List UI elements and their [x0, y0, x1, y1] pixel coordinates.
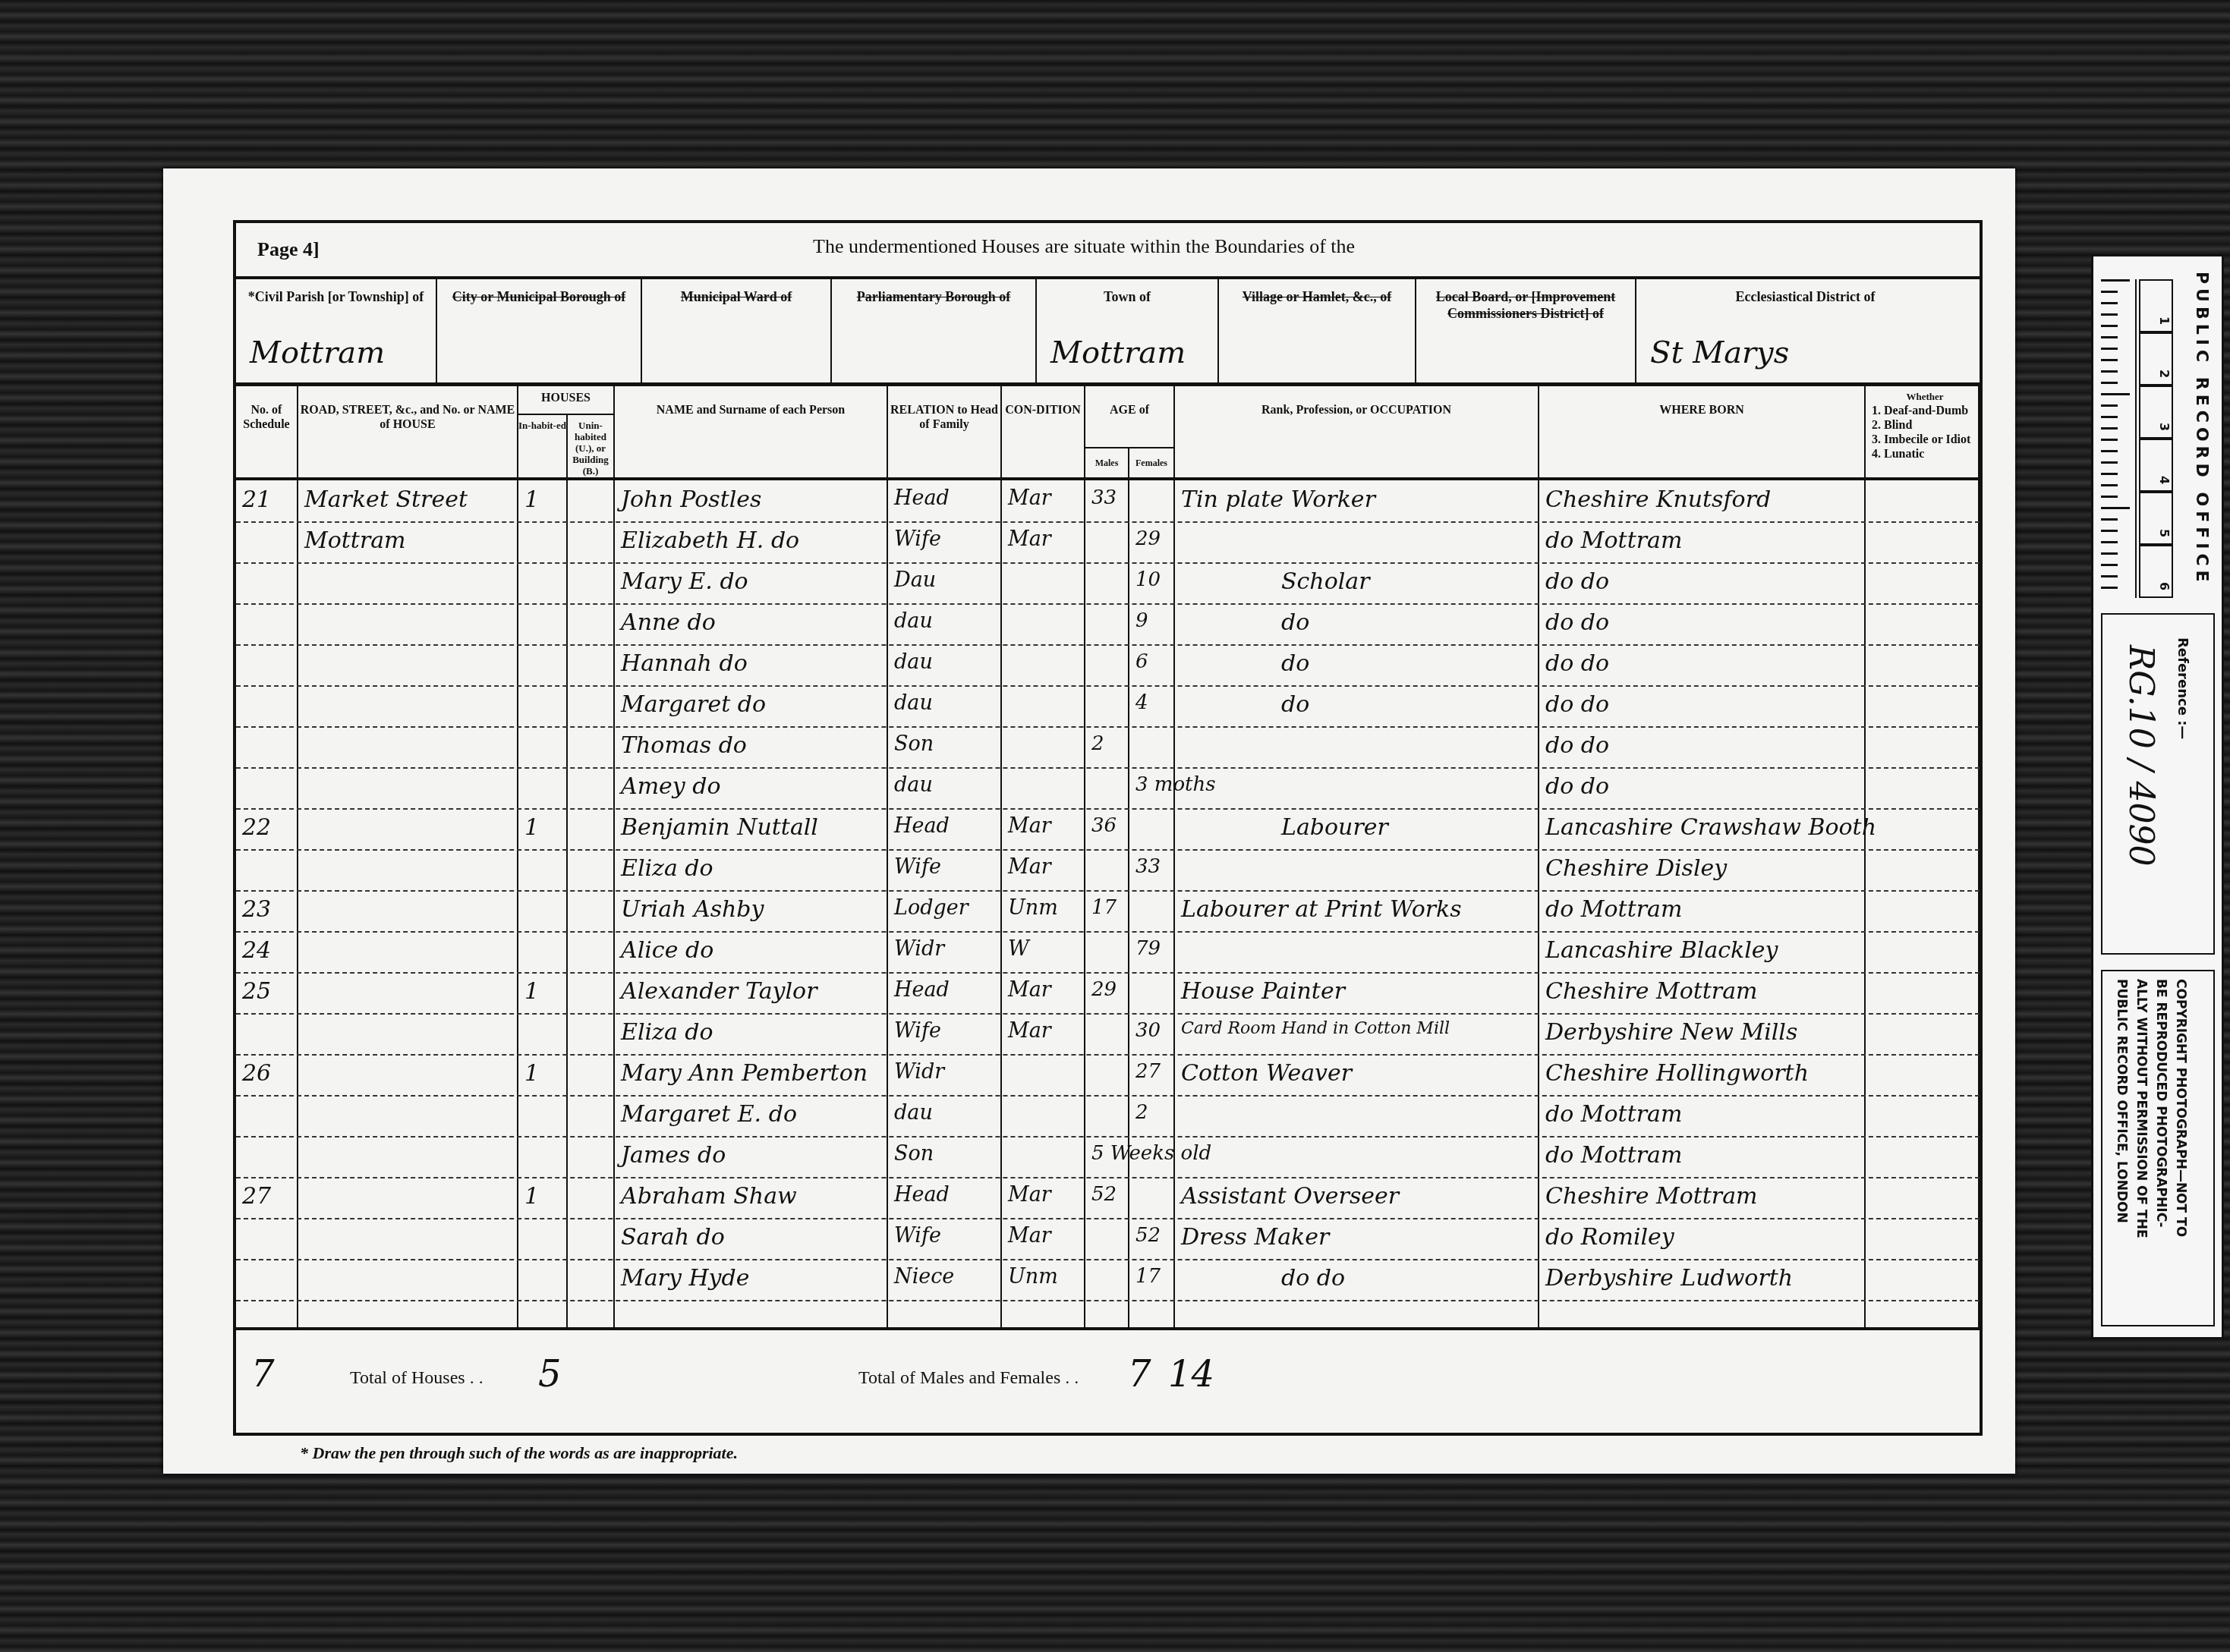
cell-name: Thomas do [621, 732, 747, 759]
boundary-label: Parliamentary Borough of [832, 276, 1035, 305]
footnote: * Draw the pen through such of the words… [300, 1443, 738, 1463]
cell-born: Cheshire Disley [1545, 855, 1727, 882]
ruler-tick [2101, 484, 2118, 486]
table-row: 23Uriah AshbyLodgerUnm17Labourer at Prin… [236, 892, 1980, 933]
cell-female-age: 30 [1135, 1019, 1161, 1042]
boundary-4: Town ofMottram [1037, 276, 1219, 382]
cell-name: Uriah Ashby [621, 896, 764, 923]
cell-born: do do [1545, 568, 1609, 595]
cell-condition: Unm [1008, 896, 1058, 920]
page-number: Page 4] [257, 238, 320, 261]
cell-inhabited: 1 [524, 1183, 539, 1210]
table-row: Mary HydeNieceUnm17do doDerbyshire Ludwo… [236, 1260, 1980, 1301]
ruler-tick [2101, 552, 2118, 555]
cell-relation: dau [894, 609, 933, 633]
ruler-tick [2101, 587, 2118, 589]
cell-name: Benjamin Nuttall [621, 814, 818, 841]
cell-relation: Wife [894, 1019, 941, 1043]
table-row: Amey dodau3 mothsdo do [236, 769, 1980, 810]
boundary-3: Parliamentary Borough of [832, 276, 1037, 382]
cell-inhabited: 1 [524, 1060, 539, 1087]
cell-born: Derbyshire Ludworth [1545, 1265, 1793, 1292]
cell-born: Cheshire Hollingworth [1545, 1060, 1809, 1087]
cell-born: do Mottram [1545, 896, 1682, 923]
houses-total-label: Total of Houses . . [350, 1368, 483, 1389]
row-rule [236, 1300, 1980, 1301]
ruler-tick [2101, 313, 2118, 316]
cell-condition: Mar [1008, 527, 1051, 551]
cell-male-age: 52 [1091, 1183, 1117, 1206]
cell-born: Cheshire Mottram [1545, 1183, 1758, 1210]
boundaries-row: *Civil Parish [or Township] ofMottramCit… [236, 276, 1980, 386]
column-header-occupation: Rank, Profession, or OCCUPATION [1175, 386, 1539, 477]
cell-name: Abraham Shaw [621, 1183, 797, 1210]
cell-born: Cheshire Mottram [1545, 978, 1758, 1005]
ruler-tick [2101, 450, 2118, 452]
cell-occupation: do [1281, 650, 1309, 677]
cell-born: Derbyshire New Mills [1545, 1019, 1797, 1046]
boundary-2: Municipal Ward of [642, 276, 832, 382]
cell-name: Alexander Taylor [621, 978, 817, 1005]
table-row: Margaret E. dodau2do Mottram [236, 1097, 1980, 1138]
boundary-value: Mottram [250, 335, 385, 370]
cell-schedule: 25 [242, 978, 271, 1005]
copyright-line: PUBLIC RECORD OFFICE, LONDON [2112, 979, 2131, 1238]
cell-relation: Head [894, 814, 950, 838]
females-total: 14 [1168, 1353, 1214, 1396]
ruler-tick [2101, 359, 2118, 361]
cell-born: do Mottram [1545, 1101, 1682, 1128]
cell-condition: W [1008, 937, 1029, 961]
cell-female-age: 33 [1135, 855, 1161, 878]
cell-relation: dau [894, 691, 933, 715]
cell-schedule: 27 [242, 1183, 271, 1210]
totals-row: 7 Total of Houses . . 5 Total of Males a… [236, 1327, 1980, 1436]
ruler-tick [2101, 461, 2118, 464]
table-row: 24Alice doWidrW79Lancashire Blackley [236, 933, 1980, 974]
scale-box: 123456 [2139, 279, 2173, 598]
column-header-schedule: No. of Schedule [236, 386, 298, 477]
column-header-houses: HOUSES [518, 386, 615, 414]
cell-occupation: Card Room Hand in Cotton Mill [1181, 1019, 1450, 1038]
cell-female-age: 4 [1135, 691, 1148, 714]
cell-female-age: 17 [1135, 1265, 1161, 1288]
cell-born: do Romiley [1545, 1224, 1674, 1251]
scale-cell: 1 [2139, 279, 2173, 332]
cell-name: Hannah do [621, 650, 748, 677]
cell-male-age: 17 [1091, 896, 1117, 919]
cell-name: Mary Hyde [621, 1265, 750, 1292]
schedule-total: 7 [251, 1353, 275, 1396]
cell-name: John Postles [621, 486, 762, 513]
boundary-label: Local Board, or [Improvement Commissione… [1416, 276, 1635, 322]
reference-box: Reference :— RG.10 / 4090 [2101, 613, 2215, 955]
cell-inhabited: 1 [524, 814, 539, 841]
cell-occupation: Scholar [1281, 568, 1370, 595]
column-header-age: AGE of [1085, 386, 1175, 447]
cell-relation: dau [894, 773, 933, 797]
cell-relation: Son [894, 732, 934, 756]
cell-name: Mary Ann Pemberton [621, 1060, 868, 1087]
ruler [2101, 279, 2137, 598]
cell-born: do do [1545, 773, 1609, 800]
cell-schedule: 23 [242, 896, 271, 923]
column-header-relation: RELATION to Head of Family [888, 386, 1002, 477]
cell-born: Cheshire Knutsford [1545, 486, 1771, 513]
cell-relation: Niece [894, 1265, 954, 1289]
ruler-tick [2101, 496, 2118, 498]
cell-born: do do [1545, 650, 1609, 677]
cell-female-age: 2 [1135, 1101, 1148, 1124]
ruler-tick [2101, 279, 2130, 282]
boundary-7: Ecclesiastical District ofSt Marys [1636, 276, 1974, 382]
cell-relation: Widr [894, 937, 944, 961]
column-header-female_age: Females [1129, 447, 1175, 477]
ruler-tick [2101, 325, 2118, 327]
cell-name: Elizabeth H. do [621, 527, 799, 554]
cell-relation: dau [894, 650, 933, 674]
cell-born: Lancashire Blackley [1545, 937, 1778, 964]
column-header-road: ROAD, STREET, &c., and No. or NAME of HO… [298, 386, 518, 477]
boundary-6: Local Board, or [Improvement Commissione… [1416, 276, 1636, 382]
ruler-tick [2101, 530, 2118, 532]
table-row: Hannah dodau6dodo do [236, 646, 1980, 687]
cell-relation: Widr [894, 1060, 944, 1084]
cell-name: Amey do [621, 773, 721, 800]
scale-cell: 3 [2139, 385, 2173, 439]
cell-born: do Mottram [1545, 527, 1682, 554]
column-header-born: WHERE BORN [1539, 386, 1866, 477]
ruler-tick [2101, 416, 2118, 418]
boundary-label: Town of [1037, 276, 1217, 305]
cell-female-age: 79 [1135, 937, 1161, 960]
boundary-title: The undermentioned Houses are situate wi… [813, 235, 1355, 258]
cell-condition: Unm [1008, 1265, 1058, 1289]
header-divider [236, 477, 1980, 480]
column-header-whether: Whether1. Deaf-and-Dumb2. Blind3. Imbeci… [1866, 386, 1980, 477]
column-header-condition: CON-DITION [1002, 386, 1085, 477]
cell-name: Sarah do [621, 1224, 725, 1251]
copyright-line: ALLY WITHOUT PERMISSION OF THE [2131, 979, 2151, 1238]
cell-relation: Head [894, 978, 950, 1002]
census-sheet: Page 4] The undermentioned Houses are si… [163, 168, 2015, 1474]
scale-cell: 4 [2139, 439, 2173, 492]
table-row: Eliza doWifeMar33Cheshire Disley [236, 851, 1980, 892]
cell-relation: Wife [894, 1224, 941, 1248]
boundary-label: Municipal Ward of [642, 276, 830, 305]
cell-relation: Dau [894, 568, 936, 592]
ruler-tick [2101, 541, 2118, 543]
cell-condition: Mar [1008, 855, 1051, 879]
ruler-tick [2101, 348, 2118, 350]
scale-cell: 2 [2139, 332, 2173, 385]
ruler-tick [2101, 473, 2118, 475]
cell-inhabited: 1 [524, 978, 539, 1005]
males-total: 7 [1128, 1353, 1151, 1396]
cell-male-age: 29 [1091, 978, 1117, 1001]
cell-name: Eliza do [621, 855, 713, 882]
cell-female-age: 27 [1135, 1060, 1161, 1083]
column-header-uninhabited: Unin-habited (U.), or Building (B.) [568, 414, 615, 477]
boundary-label: *Civil Parish [or Township] of [236, 276, 436, 305]
cell-female-age: 52 [1135, 1224, 1161, 1247]
cell-relation: Wife [894, 855, 941, 879]
cell-male-age: 36 [1091, 814, 1117, 837]
boundary-value: Mottram [1050, 335, 1186, 370]
cell-occupation: Labourer [1281, 814, 1388, 841]
census-form: Page 4] The undermentioned Houses are si… [233, 220, 1983, 1436]
cell-name: Anne do [621, 609, 716, 636]
cell-road: Mottram [304, 527, 406, 554]
table-row: Anne dodau9dodo do [236, 605, 1980, 646]
copyright-line: BE REPRODUCED PHOTOGRAPHIC- [2151, 979, 2171, 1238]
cell-inhabited: 1 [524, 486, 539, 513]
boundary-label: City or Municipal Borough of [437, 276, 641, 305]
ruler-tick [2101, 439, 2118, 441]
archive-title: PUBLIC RECORD OFFICE [2192, 272, 2211, 587]
archive-strip: PUBLIC RECORD OFFICE 123456 Reference :—… [2091, 254, 2224, 1339]
cell-name: Margaret E. do [621, 1101, 797, 1128]
table-row: Margaret dodau4dodo do [236, 687, 1980, 728]
boundary-1: City or Municipal Borough of [437, 276, 642, 382]
cell-occupation: Tin plate Worker [1181, 486, 1375, 513]
ruler-tick [2101, 302, 2118, 304]
cell-schedule: 24 [242, 937, 271, 964]
cell-occupation: Labourer at Print Works [1181, 896, 1462, 923]
cell-female-age: 9 [1135, 609, 1148, 632]
cell-name: James do [621, 1142, 726, 1169]
table-row: 271Abraham ShawHeadMar52Assistant Overse… [236, 1178, 1980, 1219]
boundary-label: Village or Hamlet, &c., of [1219, 276, 1415, 305]
column-header-male_age: Males [1085, 447, 1129, 477]
cell-female-age: 10 [1135, 568, 1161, 591]
cell-occupation: do do [1281, 1265, 1345, 1292]
boundary-label: Ecclesiastical District of [1636, 276, 1974, 305]
reference-value: RG.10 / 4090 [2121, 645, 2160, 866]
ruler-tick [2101, 518, 2118, 521]
table-row: MottramElizabeth H. doWifeMar29do Mottra… [236, 523, 1980, 564]
cell-occupation: Cotton Weaver [1181, 1060, 1352, 1087]
cell-relation: Head [894, 486, 950, 510]
cell-road: Market Street [304, 486, 468, 513]
ruler-tick [2101, 336, 2118, 338]
cell-condition: Mar [1008, 978, 1051, 1002]
cell-relation: Head [894, 1183, 950, 1207]
cell-born: do do [1545, 691, 1609, 718]
cell-female-age: 6 [1135, 650, 1148, 673]
ruler-tick [2101, 507, 2130, 509]
cell-schedule: 26 [242, 1060, 271, 1087]
boundary-5: Village or Hamlet, &c., of [1219, 276, 1416, 382]
cell-name: Mary E. do [621, 568, 748, 595]
cell-relation: Wife [894, 527, 941, 551]
cell-occupation: do [1281, 609, 1309, 636]
table-row: James doSon5 Weeks olddo Mottram [236, 1138, 1980, 1178]
cell-born: do do [1545, 732, 1609, 759]
table-row: Sarah doWifeMar52Dress Makerdo Romiley [236, 1219, 1980, 1260]
cell-occupation: Assistant Overseer [1181, 1183, 1399, 1210]
cell-born: do do [1545, 609, 1609, 636]
boundary-0: *Civil Parish [or Township] ofMottram [236, 276, 437, 382]
cell-female-age: 29 [1135, 527, 1161, 550]
ruler-tick [2101, 382, 2118, 384]
cell-schedule: 22 [242, 814, 271, 841]
table-row: Mary E. doDau10Scholardo do [236, 564, 1980, 605]
boundary-value: St Marys [1650, 335, 1789, 370]
copyright-notice: COPYRIGHT PHOTOGRAPH—NOT TOBE REPRODUCED… [2112, 979, 2191, 1238]
copyright-box: COPYRIGHT PHOTOGRAPH—NOT TOBE REPRODUCED… [2101, 970, 2215, 1326]
table-row: Eliza doWifeMar30Card Room Hand in Cotto… [236, 1015, 1980, 1056]
cell-name: Alice do [621, 937, 713, 964]
form-header: Page 4] The undermentioned Houses are si… [236, 223, 1980, 279]
cell-female-age: 3 moths [1135, 773, 1216, 796]
ruler-tick [2101, 575, 2118, 577]
cell-condition: Mar [1008, 814, 1051, 838]
persons-total-label: Total of Males and Females . . [858, 1368, 1079, 1389]
cell-male-age: 5 Weeks old [1091, 1142, 1211, 1165]
cell-male-age: 33 [1091, 486, 1117, 509]
ruler-tick [2101, 291, 2118, 293]
table-row: Thomas doSon2do do [236, 728, 1980, 769]
ruler-tick [2101, 393, 2130, 395]
cell-occupation: do [1281, 691, 1309, 718]
cell-schedule: 21 [242, 486, 271, 513]
scale-cell: 6 [2139, 545, 2173, 598]
cell-occupation: House Painter [1181, 978, 1345, 1005]
scale-cell: 5 [2139, 492, 2173, 545]
reference-label: Reference :— [2175, 637, 2191, 739]
cell-condition: Mar [1008, 1183, 1051, 1207]
cell-male-age: 2 [1091, 732, 1104, 755]
ruler-tick [2101, 404, 2118, 407]
table-row: 261Mary Ann PembertonWidr27Cotton Weaver… [236, 1056, 1980, 1097]
cell-relation: Son [894, 1142, 934, 1166]
houses-total-value: 5 [538, 1353, 562, 1396]
cell-condition: Mar [1008, 486, 1051, 510]
ruler-tick [2101, 427, 2118, 430]
cell-name: Margaret do [621, 691, 766, 718]
ruler-tick [2101, 564, 2118, 566]
table-row: 221Benjamin NuttallHeadMar36LabourerLanc… [236, 810, 1980, 851]
table-row: 21Market Street1John PostlesHeadMar33Tin… [236, 482, 1980, 523]
household-table: No. of ScheduleROAD, STREET, &c., and No… [236, 386, 1980, 1327]
copyright-line: COPYRIGHT PHOTOGRAPH—NOT TO [2171, 979, 2191, 1238]
cell-condition: Mar [1008, 1224, 1051, 1248]
ruler-tick [2101, 370, 2118, 373]
cell-born: Lancashire Crawshaw Booth [1545, 814, 1876, 841]
cell-condition: Mar [1008, 1019, 1051, 1043]
cell-born: do Mottram [1545, 1142, 1682, 1169]
column-header-inhabited: In-habit-ed [518, 414, 568, 477]
table-row: 251Alexander TaylorHeadMar29House Painte… [236, 974, 1980, 1015]
column-header-name: NAME and Surname of each Person [615, 386, 888, 477]
cell-occupation: Dress Maker [1181, 1224, 1329, 1251]
cell-relation: dau [894, 1101, 933, 1125]
cell-name: Eliza do [621, 1019, 713, 1046]
cell-relation: Lodger [894, 896, 969, 920]
